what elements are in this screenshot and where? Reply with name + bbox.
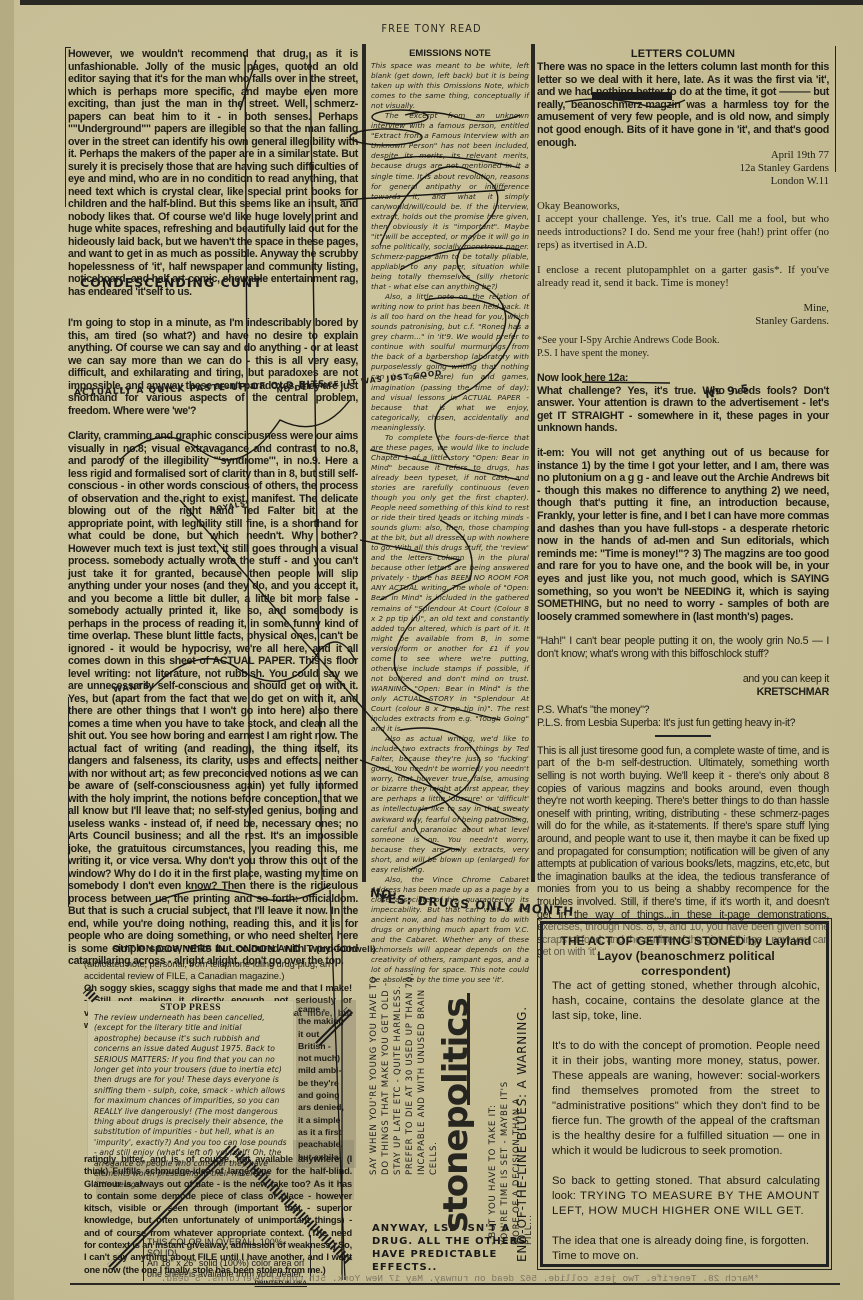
fragment: mild ambi-: [298, 1064, 358, 1076]
vertical-handwritten-note: SAY WHEN YOU'RE YOUNG YOU HAVE TO DO THI…: [368, 960, 440, 1175]
downers-title-text: OUT ON DOWNERS IN LONDON AND IT: [112, 943, 313, 955]
reply-body: What challenge? Yes, it's true. Who need…: [537, 385, 829, 435]
emissions-note: EMISSIONS NOTE This space was meant to b…: [371, 48, 529, 985]
fragment: the making: [298, 1015, 358, 1027]
emphasis-caps: TRYING TO MEASURE BY THE AMOUNT LEFT, HO…: [552, 1190, 820, 1217]
top-strip: [20, 0, 863, 5]
side-fragments: came - the making it out British - not m…: [298, 1003, 358, 1163]
letters-intro: There was no space in the letters column…: [537, 61, 829, 149]
page-edge: [0, 0, 14, 1300]
letters-column: LETTERS COLUMN There was no space in the…: [537, 48, 829, 959]
color-ad-line: An 18" x 26" solid (100%) color area on: [147, 1258, 307, 1269]
fragment: came -: [298, 1003, 358, 1015]
letter-address: 12a Stanley Gardens: [537, 162, 829, 175]
stop-press-title: STOP PRESS: [94, 1003, 287, 1013]
getting-stoned-article: THE ACT OF GETTING STONED by Layland Lay…: [540, 921, 829, 1267]
mirrored-footer-text: *March 28. Tenerife. Two jets collide. 5…: [100, 1273, 820, 1284]
fragment: ars denied,: [298, 1101, 358, 1113]
paragraph: So back to getting stoned. That absurd c…: [552, 1174, 820, 1219]
letter-footnote: *See your I-Spy Archie Andrews Code Book…: [537, 334, 829, 347]
fragment: be they're: [298, 1077, 358, 1089]
reply-heading: Now look here 12a:: [537, 372, 829, 385]
letter-salutation: Okay Beanoworks,: [537, 200, 829, 213]
reply-ps: P.L.S. from Lesbia Superba: It's just fu…: [537, 717, 829, 730]
letter-signoff: Stanley Gardens.: [537, 315, 829, 328]
fragment: not much): [298, 1052, 358, 1064]
fragment: peachable,: [298, 1138, 358, 1150]
column-rule: [362, 44, 366, 882]
paragraph: Also as actual writing, we'd like to inc…: [371, 734, 529, 875]
bracket-marker: [832, 46, 836, 172]
divider: [655, 735, 711, 737]
paragraph: However, we wouldn't recommend that drug…: [68, 48, 358, 298]
downers-title: OUT ON DOWNERS IN LONDON AND IT (by GOhw…: [112, 943, 376, 955]
letter-body: I accept your challenge. Yes, it's true.…: [537, 213, 829, 252]
downers-byline: (by GOhwell): [316, 944, 376, 955]
paragraph: Time to move on.: [552, 1249, 820, 1264]
paragraph: I'm going to stop in a minute, as I'm in…: [68, 317, 358, 417]
letters-title: LETTERS COLUMN: [537, 48, 829, 60]
letter-ps: P.S. I have spent the money.: [537, 347, 829, 360]
color-ad-line: THIS COLOR IN OVERALL 100% SOLID!: [147, 1237, 307, 1258]
letter-body: I enclose a recent plutopamphlet on a ga…: [537, 264, 829, 290]
fragment: as it a first: [298, 1126, 358, 1138]
article-title: THE ACT OF GETTING STONED by Layland Lay…: [552, 934, 820, 979]
reply-body: "Hah!" I can't bear people putting it on…: [537, 635, 829, 661]
letter-date: April 19th 77: [537, 149, 829, 162]
fragment: it out: [298, 1028, 358, 1040]
fragment: and going: [298, 1089, 358, 1101]
paragraph: It's to do with the concept of promotion…: [552, 1039, 820, 1159]
downers-subtitle: (a bloated note, personal, from telephon…: [84, 958, 352, 982]
reply-body: it-em: You will not get anything out of …: [537, 447, 829, 623]
letter-address: London W.11: [537, 175, 829, 188]
emissions-title: EMISSIONS NOTE: [371, 48, 529, 59]
stop-press-box: STOP PRESS The review underneath has bee…: [88, 1001, 293, 1161]
paragraph: The act of getting stoned, whether throu…: [552, 979, 820, 1024]
paragraph: This space was meant to be white, left b…: [371, 61, 529, 111]
reply-signature: KRETSCHMAR: [537, 686, 829, 699]
fragment: British -: [298, 1040, 358, 1052]
paragraph: Also, a little note on the relation of w…: [371, 292, 529, 433]
paragraph: To complete the fours-de-fierce that are…: [371, 433, 529, 734]
handwritten-note: CONDESCENDING CUNT: [80, 275, 263, 290]
fragment: it a simple: [298, 1114, 358, 1126]
paragraph: The idea that one is already doing fine,…: [552, 1234, 820, 1249]
page-header: FREE TONY READ: [0, 22, 863, 35]
column-rule: [531, 44, 535, 882]
letter-signoff: Mine,: [537, 302, 829, 315]
reply-closing: and you can keep it: [537, 673, 829, 686]
logo-text: stonepolitics: [436, 984, 476, 1246]
reply-ps: P.S. What's "the money"?: [537, 704, 829, 717]
paragraph: The excerpt from an unknown interview wi…: [371, 111, 529, 292]
stonepolitics-logo: stonepolitics: [437, 985, 475, 1245]
